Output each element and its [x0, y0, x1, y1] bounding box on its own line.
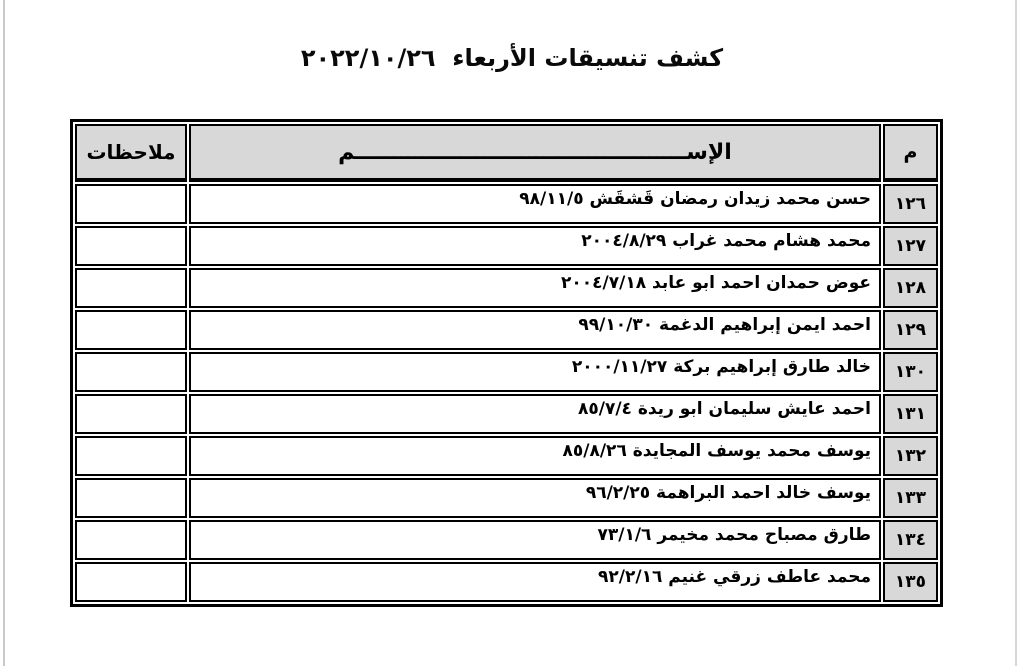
header-name: الإســــــــــــــــــــــــــــــــــــ… — [189, 124, 881, 182]
row-name-cell: عوض حمدان احمد ابو عابد ٢٠٠٤/٧/١٨ — [189, 268, 881, 308]
table-row: ١٢٦ حسن محمد زيدان رمضان قَشقَش ٩٨/١١/٥ — [75, 184, 938, 224]
table-row: ١٣٠ خالد طارق إبراهيم بركة ٢٠٠٠/١١/٢٧ — [75, 352, 938, 392]
table-row: ١٣١ احمد عايش سليمان ابو ريدة ٨٥/٧/٤ — [75, 394, 938, 434]
row-number-cell: ١٢٩ — [883, 310, 938, 350]
row-notes-cell — [75, 184, 187, 224]
row-number-cell: ١٣٣ — [883, 478, 938, 518]
scan-edge-right — [1015, 0, 1017, 666]
row-name-cell: محمد عاطف زرقي غنيم ٩٢/٢/١٦ — [189, 562, 881, 602]
table-header: م الإســــــــــــــــــــــــــــــــــ… — [75, 124, 938, 182]
row-name-cell: حسن محمد زيدان رمضان قَشقَش ٩٨/١١/٥ — [189, 184, 881, 224]
row-name-cell: احمد ايمن إبراهيم الدغمة ٩٩/١٠/٣٠ — [189, 310, 881, 350]
row-number-cell: ١٢٧ — [883, 226, 938, 266]
table-row: ١٢٩ احمد ايمن إبراهيم الدغمة ٩٩/١٠/٣٠ — [75, 310, 938, 350]
row-notes-cell — [75, 226, 187, 266]
row-number-cell: ١٣٥ — [883, 562, 938, 602]
row-number-cell: ١٣٤ — [883, 520, 938, 560]
row-name-cell: يوسف خالد احمد البراهمة ٩٦/٢/٢٥ — [189, 478, 881, 518]
header-number: م — [883, 124, 938, 182]
row-number-cell: ١٣١ — [883, 394, 938, 434]
scan-edge-left — [3, 0, 5, 666]
row-name-cell: محمد هشام محمد غراب ٢٠٠٤/٨/٢٩ — [189, 226, 881, 266]
row-name-cell: خالد طارق إبراهيم بركة ٢٠٠٠/١١/٢٧ — [189, 352, 881, 392]
row-notes-cell — [75, 562, 187, 602]
row-notes-cell — [75, 520, 187, 560]
row-name-cell: طارق مصباح محمد مخيمر ٧٣/١/٦ — [189, 520, 881, 560]
header-row: م الإســــــــــــــــــــــــــــــــــ… — [75, 124, 938, 182]
row-number-cell: ١٢٦ — [883, 184, 938, 224]
document-page: كشف تنسيقات الأربعاء ٢٠٢٢/١٠/٢٦ م الإســ… — [0, 0, 1024, 666]
row-number-cell: ١٣٠ — [883, 352, 938, 392]
row-notes-cell — [75, 352, 187, 392]
table-row: ١٣٢ يوسف محمد يوسف المجايدة ٨٥/٨/٢٦ — [75, 436, 938, 476]
roster-table: م الإســــــــــــــــــــــــــــــــــ… — [70, 119, 943, 607]
row-notes-cell — [75, 310, 187, 350]
page-title: كشف تنسيقات الأربعاء ٢٠٢٢/١٠/٢٦ — [0, 44, 1024, 72]
table-row: ١٣٣ يوسف خالد احمد البراهمة ٩٦/٢/٢٥ — [75, 478, 938, 518]
row-number-cell: ١٢٨ — [883, 268, 938, 308]
row-name-cell: يوسف محمد يوسف المجايدة ٨٥/٨/٢٦ — [189, 436, 881, 476]
row-notes-cell — [75, 268, 187, 308]
table-row: ١٣٥ محمد عاطف زرقي غنيم ٩٢/٢/١٦ — [75, 562, 938, 602]
row-notes-cell — [75, 436, 187, 476]
table-row: ١٢٧ محمد هشام محمد غراب ٢٠٠٤/٨/٢٩ — [75, 226, 938, 266]
row-number-cell: ١٣٢ — [883, 436, 938, 476]
table-row: ١٢٨ عوض حمدان احمد ابو عابد ٢٠٠٤/٧/١٨ — [75, 268, 938, 308]
row-notes-cell — [75, 394, 187, 434]
table-row: ١٣٤ طارق مصباح محمد مخيمر ٧٣/١/٦ — [75, 520, 938, 560]
header-notes: ملاحظات — [75, 124, 187, 182]
row-name-cell: احمد عايش سليمان ابو ريدة ٨٥/٧/٤ — [189, 394, 881, 434]
row-notes-cell — [75, 478, 187, 518]
table-body: ١٢٦ حسن محمد زيدان رمضان قَشقَش ٩٨/١١/٥ … — [75, 184, 938, 602]
